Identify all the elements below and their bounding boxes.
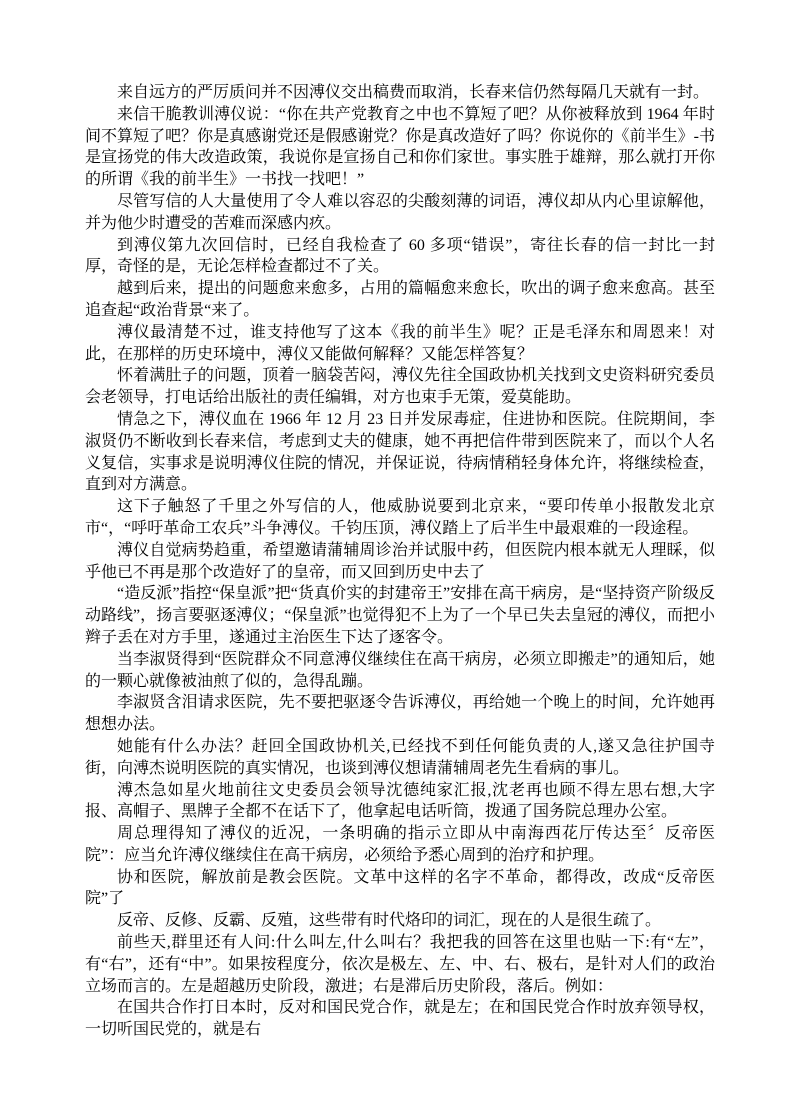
paragraph: 溥杰急如星火地前往文史委员会领导沈德纯家汇报,沈老再也顾不得左思右想,大字报、高… xyxy=(85,780,715,824)
paragraph: 溥仪自觉病势趋重，希望邀请蒲辅周诊治并试服中药，但医院内根本就无人理睬，似乎他已… xyxy=(85,540,715,584)
paragraph: 溥仪最清楚不过，谁支持他写了这本《我的前半生》呢？正是毛泽东和周恩来！对此，在那… xyxy=(85,322,715,366)
paragraph: 怀着满肚子的问题，顶着一脑袋苦闷，溥仪先往全国政协机关找到文史资料研究委员会老领… xyxy=(85,365,715,409)
paragraph: 来信干脆教训溥仪说：“你在共产党教育之中也不算短了吧？从你被释放到 1964 年… xyxy=(85,104,715,191)
paragraph: 这下子触怒了千里之外写信的人，他威胁说要到北京来，“要印传单小报散发北京市“，“… xyxy=(85,496,715,540)
paragraph: “造反派”指控“保皇派”把“货真价实的封建帝王”安排在高干病房，是“坚持资产阶级… xyxy=(85,583,715,648)
paragraph: 在国共合作打日本时，反对和国民党合作，就是左；在和国民党合作时放弃领导权，一切听… xyxy=(85,997,715,1041)
paragraph: 情急之下，溥仪血在 1966 年 12 月 23 日并发尿毒症，住进协和医院。住… xyxy=(85,409,715,496)
paragraph: 前些天,群里还有人问:什么叫左,什么叫右？我把我的回答在这里也贴一下:有“左”，… xyxy=(85,932,715,997)
paragraph: 李淑贤含泪请求医院，先不要把驱逐令告诉溥仪，再给她一个晚上的时间，允许她再想想办… xyxy=(85,692,715,736)
document-text-block: 来自远方的严厉质问并不因溥仪交出稿费而取消，长春来信仍然每隔几天就有一封。 来信… xyxy=(85,82,715,1041)
paragraph: 尽管写信的人大量使用了令人难以容忍的尖酸刻薄的词语，溥仪却从内心里谅解他，并为他… xyxy=(85,191,715,235)
paragraph: 周总理得知了溥仪的近况，一条明确的指示立即从中南海西花厅传达至〞反帝医院”：应当… xyxy=(85,823,715,867)
paragraph: 到溥仪第九次回信时，已经自我检查了 60 多项“错误”，寄往长春的信一封比一封厚… xyxy=(85,235,715,279)
paragraph: 越到后来，提出的问题愈来愈多，占用的篇幅愈来愈长，吹出的调子愈来愈高。甚至追查起… xyxy=(85,278,715,322)
paragraph: 协和医院，解放前是教会医院。文革中这样的名字不革命，都得改，改成“反帝医院”了 xyxy=(85,867,715,911)
paragraph: 来自远方的严厉质问并不因溥仪交出稿费而取消，长春来信仍然每隔几天就有一封。 xyxy=(85,82,715,104)
document-page: 来自远方的严厉质问并不因溥仪交出稿费而取消，长春来信仍然每隔几天就有一封。 来信… xyxy=(0,0,800,1100)
paragraph: 反帝、反修、反霸、反殖，这些带有时代烙印的词汇，现在的人是很生疏了。 xyxy=(85,910,715,932)
paragraph: 她能有什么办法？赶回全国政协机关,已经找不到任何能负责的人,遂又急往护国寺街，向… xyxy=(85,736,715,780)
paragraph: 当李淑贤得到“医院群众不同意溥仪继续住在高干病房，必须立即搬走”的通知后，她的一… xyxy=(85,649,715,693)
